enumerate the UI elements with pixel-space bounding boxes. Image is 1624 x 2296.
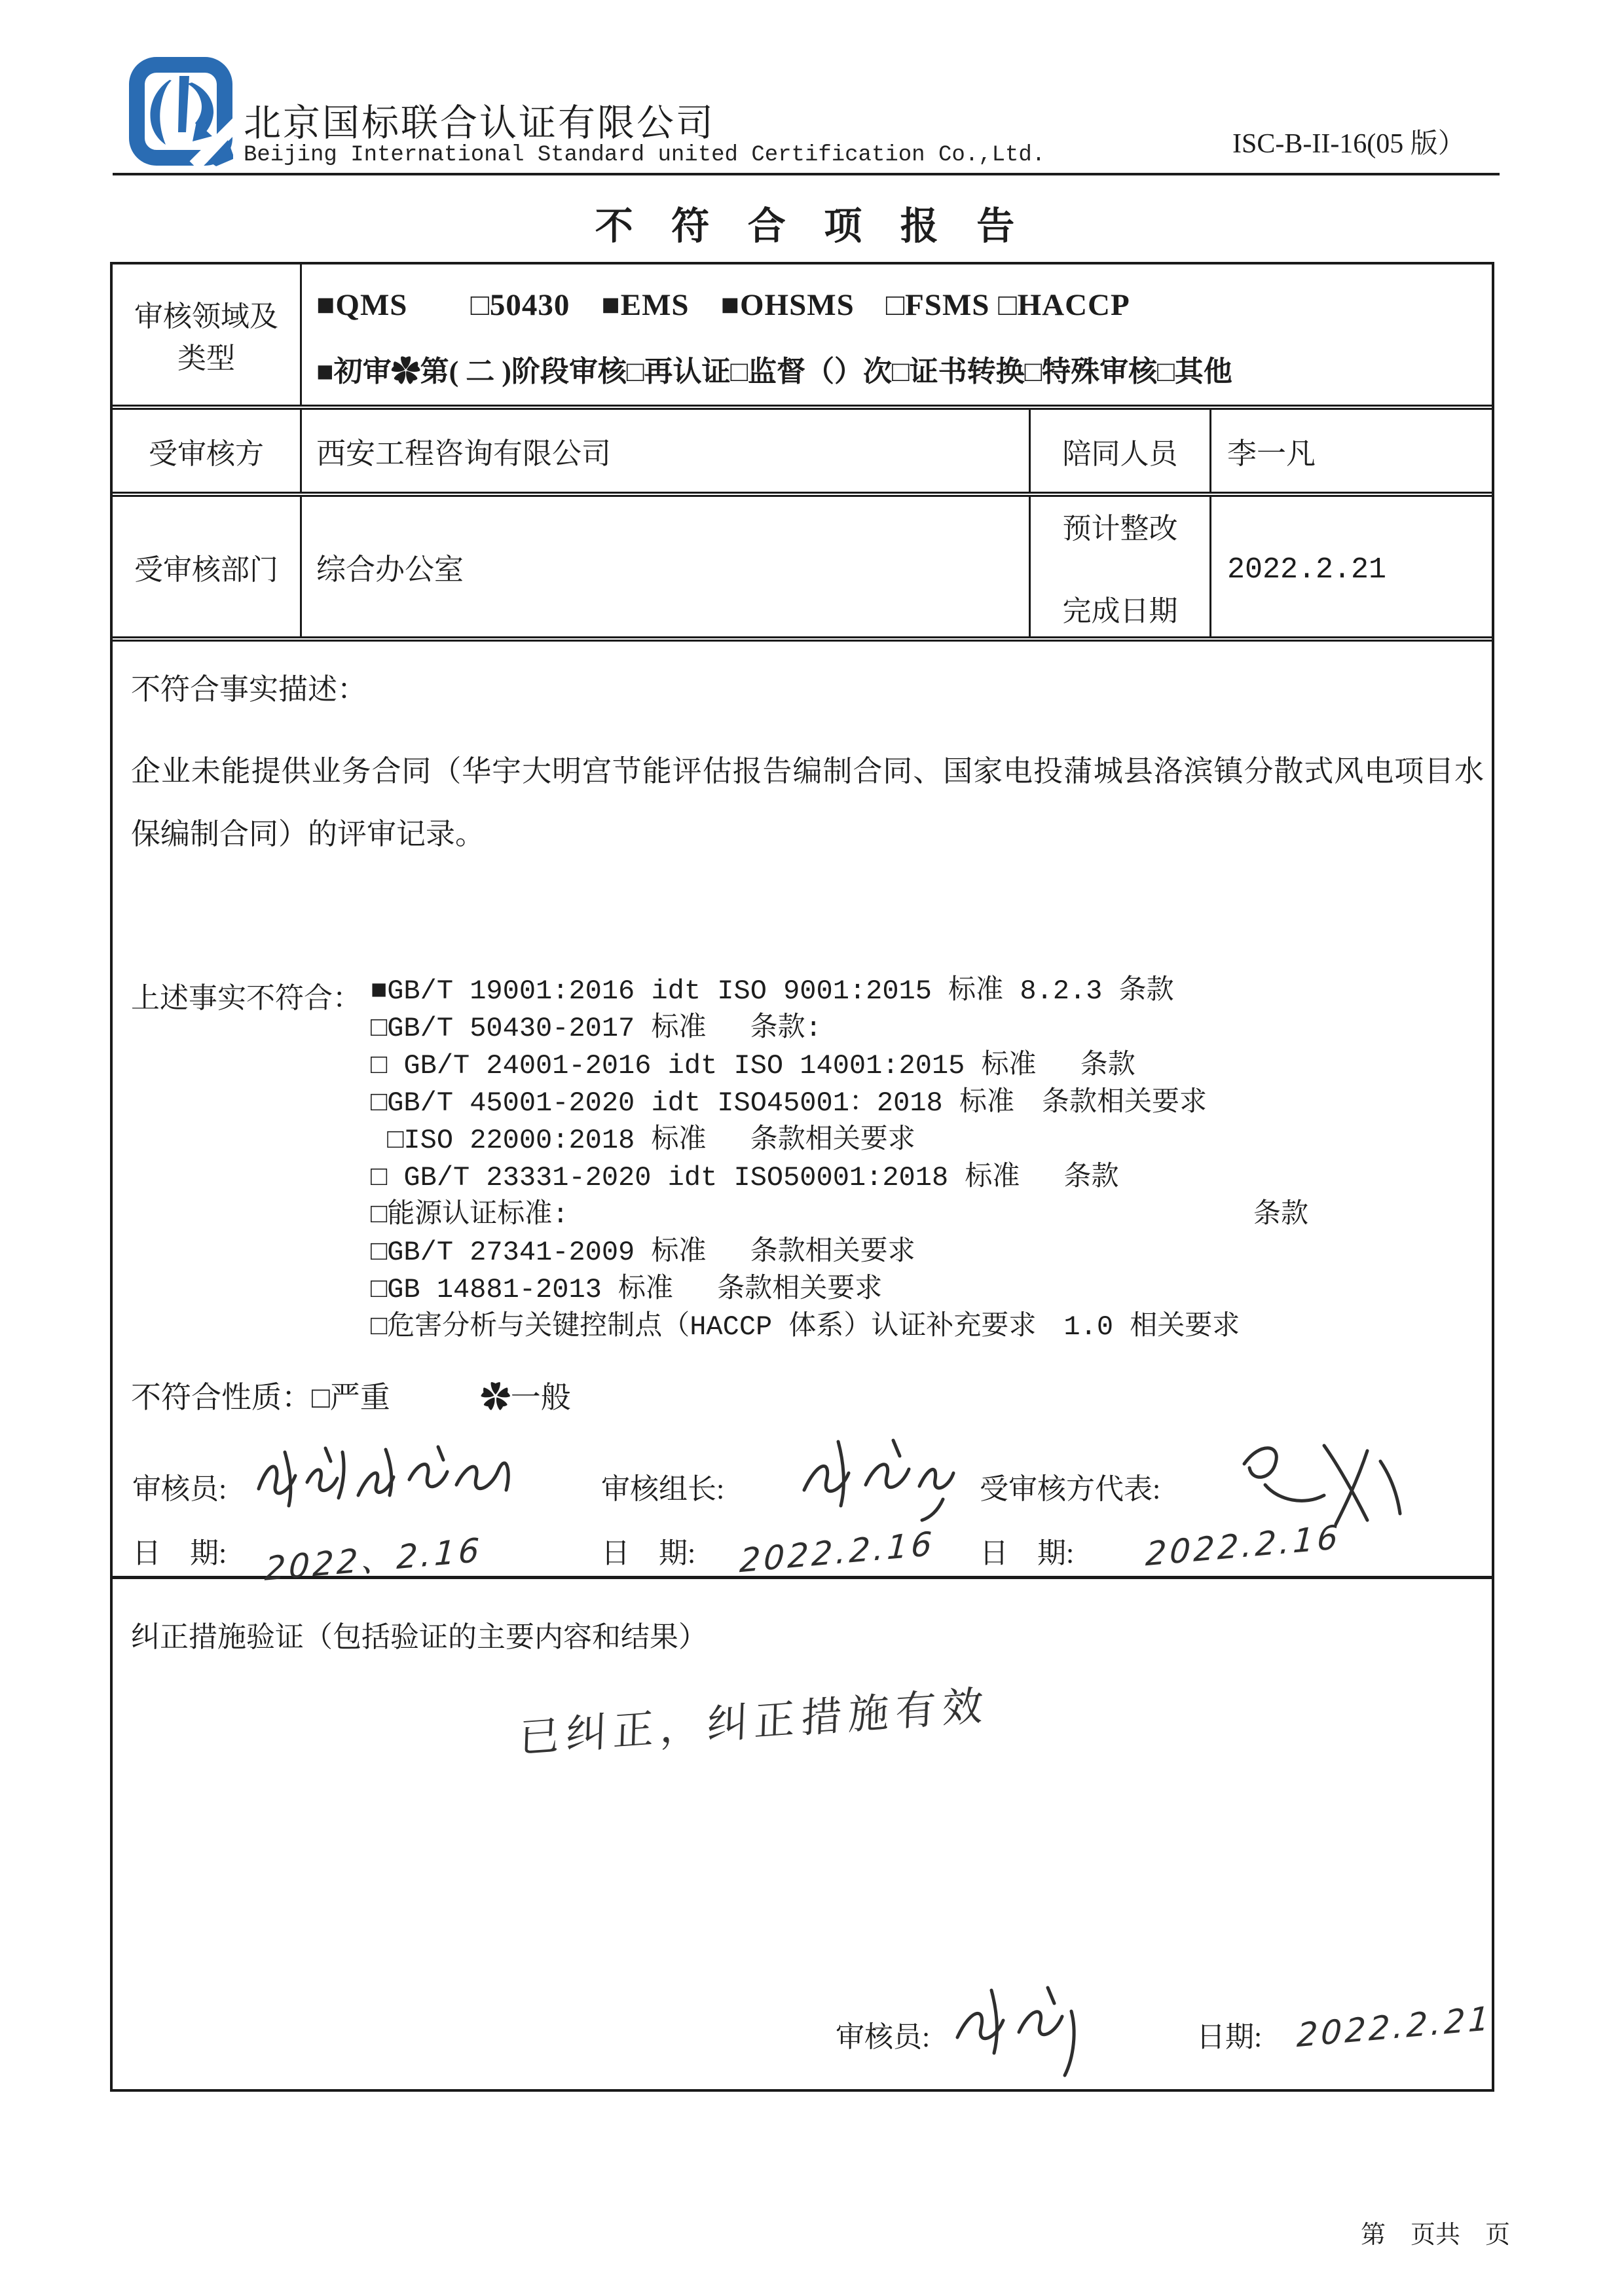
representative-date-handwritten: 2022.2.16 bbox=[1145, 1518, 1342, 1574]
standards-label: 上述事实不符合： bbox=[131, 974, 361, 1016]
verification-title: 纠正措施验证（包括验证的主要内容和结果） bbox=[131, 1613, 707, 1655]
audit-area-value: ■QMS □50430 ■EMS ■OHSMS □FSMS □HACCP ■初审… bbox=[302, 264, 1492, 405]
auditee-label: 受审核方 bbox=[113, 410, 302, 492]
rectify-date-value: 2022.2.21 bbox=[1211, 497, 1492, 636]
department-label: 受审核部门 bbox=[113, 497, 302, 636]
nonconformity-nature-line: 不符合性质：□严重 ✿一般 bbox=[131, 1374, 571, 1417]
auditee-representative-label: 受审核方代表: bbox=[980, 1465, 1160, 1507]
verification-note-handwritten: 已纠正，纠正措施有效 bbox=[518, 1673, 990, 1764]
standard-item: □ GB/T 23331-2020 idt ISO50001:2018 标准 条… bbox=[371, 1159, 1119, 1197]
company-name-en: Beijing International Standard united Ce… bbox=[244, 143, 1045, 168]
standard-item: □GB/T 27341-2009 标准 条款相关要求 bbox=[371, 1234, 915, 1271]
verification-date-handwritten: 2022.2.21 bbox=[1296, 1999, 1493, 2055]
standard-item: □ GB/T 24001-2016 idt ISO 14001:2015 标准 … bbox=[371, 1048, 1135, 1085]
standard-item: □危害分析与关键控制点（HACCP 体系）认证补充要求 1.0 相关要求 bbox=[371, 1309, 1240, 1346]
audit-leader-label: 审核组长: bbox=[601, 1465, 724, 1507]
document-page: 北京国标联合认证有限公司 Beijing International Stand… bbox=[0, 0, 1624, 2296]
description-label: 不符合事实描述： bbox=[131, 665, 367, 708]
audit-area-label-line1: 审核领域及 bbox=[134, 293, 278, 335]
standards-list: ■GB/T 19001:2016 idt ISO 9001:2015 标准 8.… bbox=[371, 973, 1308, 1346]
row-auditee: 受审核方 西安工程咨询有限公司 陪同人员 李一凡 bbox=[113, 410, 1492, 497]
standard-item: □GB/T 50430-2017 标准 条款: bbox=[371, 1010, 822, 1048]
row-audit-area: 审核领域及 类型 ■QMS □50430 ■EMS ■OHSMS □FSMS □… bbox=[113, 264, 1492, 410]
auditee-value: 西安工程咨询有限公司 bbox=[302, 410, 1031, 492]
auditor-signature bbox=[247, 1432, 528, 1524]
nonconformity-section: 不符合事实描述： 企业未能提供业务合同（华宇大明宫节能评估报告编制合同、国家电投… bbox=[113, 642, 1492, 1579]
verification-section: 纠正措施验证（包括验证的主要内容和结果） 已纠正，纠正措施有效 审核员: 日期:… bbox=[113, 1579, 1492, 2088]
leader-date-label: 日 期: bbox=[601, 1529, 695, 1571]
audit-type-checkbox-line: ■初审✿第( 二 )阶段审核□再认证□监督（）次□证书转换□特殊审核□其他 bbox=[316, 348, 1492, 390]
accompany-label: 陪同人员 bbox=[1031, 410, 1211, 492]
standard-item: □GB 14881-2013 标准 条款相关要求 bbox=[371, 1271, 882, 1309]
rectify-date-label-line2: 完成日期 bbox=[1063, 587, 1178, 629]
company-name-cn: 北京国标联合认证有限公司 bbox=[244, 93, 715, 147]
representative-date-label: 日 期: bbox=[980, 1529, 1074, 1571]
isc-logo-icon bbox=[128, 56, 233, 166]
standard-item: ■GB/T 19001:2016 idt ISO 9001:2015 标准 8.… bbox=[371, 973, 1174, 1010]
accompany-value: 李一凡 bbox=[1211, 410, 1492, 492]
standard-item-right: 条款 bbox=[1253, 1197, 1308, 1234]
systems-checkbox-line: ■QMS □50430 ■EMS ■OHSMS □FSMS □HACCP bbox=[316, 280, 1492, 324]
department-value: 综合办公室 bbox=[302, 497, 1031, 636]
verification-auditor-signature bbox=[943, 1972, 1107, 2093]
rectify-date-label-line1: 预计整改 bbox=[1063, 505, 1178, 547]
page-footer: 第 页共 页 bbox=[1361, 2214, 1510, 2250]
verification-date-label: 日期: bbox=[1196, 2013, 1262, 2055]
verification-auditor-label: 审核员: bbox=[836, 2013, 930, 2055]
header-rule bbox=[113, 173, 1500, 175]
auditor-label: 审核员: bbox=[132, 1465, 227, 1507]
report-table: 审核领域及 类型 ■QMS □50430 ■EMS ■OHSMS □FSMS □… bbox=[110, 262, 1494, 2092]
rectify-date-label: 预计整改 完成日期 bbox=[1031, 497, 1211, 636]
document-title: 不 符 合 项 报 告 bbox=[0, 195, 1624, 250]
audit-area-label: 审核领域及 类型 bbox=[113, 264, 302, 405]
row-department: 受审核部门 综合办公室 预计整改 完成日期 2022.2.21 bbox=[113, 497, 1492, 642]
standard-item: □GB/T 45001-2020 idt ISO45001：2018 标准 条款… bbox=[371, 1085, 1207, 1122]
audit-area-label-line2: 类型 bbox=[177, 335, 235, 376]
form-code: ISC-B-II-16(05 版） bbox=[1232, 122, 1466, 161]
standard-item: □ISO 22000:2018 标准 条款相关要求 bbox=[371, 1122, 915, 1159]
auditor-date-label: 日 期: bbox=[132, 1529, 227, 1571]
standard-item: □能源认证标准: bbox=[371, 1197, 568, 1234]
audit-leader-signature bbox=[788, 1427, 965, 1532]
description-text: 企业未能提供业务合同（华宇大明宫节能评估报告编制合同、国家电投蒲城县洛滨镇分散式… bbox=[131, 740, 1484, 866]
leader-date-handwritten: 2022.2.16 bbox=[739, 1525, 936, 1580]
